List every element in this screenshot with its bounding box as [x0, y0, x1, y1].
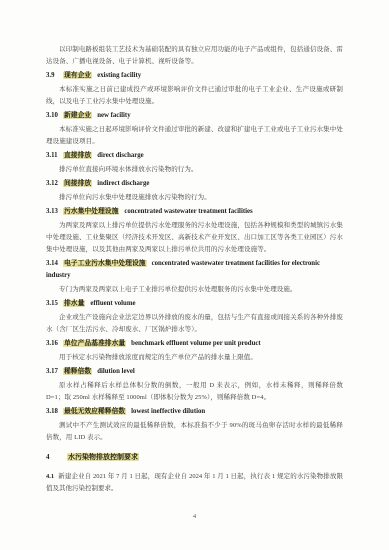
term-en: new facility — [97, 112, 130, 119]
page-content: 以印制电路板组装工艺技术为基础装配的具有独立应用功能的电子产品或组件，包括通信设… — [46, 44, 343, 495]
section-heading: 3.17稀释倍数dilution level — [46, 366, 343, 378]
definition-section: 3.13污水集中处理设施concentrated wastewater trea… — [46, 206, 343, 256]
term-zh-highlighted: 电子工业污水集中处理设施 — [63, 260, 147, 267]
section-number: 3.10 — [46, 110, 63, 122]
term-zh-highlighted: 最低无效应稀释倍数 — [63, 408, 126, 415]
intro-paragraph: 以印制电路板组装工艺技术为基础装配的具有独立应用功能的电子产品或组件，包括通信设… — [46, 44, 343, 68]
definition-section: 3.15排水量effluent volume 企业或生产设施向企业法定边界以外排… — [46, 298, 343, 336]
term-zh-highlighted: 新建企业 — [63, 112, 92, 119]
section-body: 测试中不产生测试效应的最低稀释倍数，本标准指不少于 90%的斑马鱼卵存活时水样的… — [46, 420, 343, 444]
clause-text: 新建企业自 2021 年 7 月 1 日起，现有企业自 2024 年 1 月 1… — [46, 473, 343, 492]
definition-section: 3.11直接排放direct discharge 排污单位直接向环境水体排放水污… — [46, 150, 343, 176]
clause-number: 4.1 — [46, 473, 54, 480]
section-heading: 3.13污水集中处理设施concentrated wastewater trea… — [46, 206, 343, 218]
chapter-heading: 4水污染物排放控制要求 — [46, 451, 343, 463]
term-zh-highlighted: 污水集中处理设施 — [63, 208, 119, 215]
definition-section: 3.14电子工业污水集中处理设施concentrated wastewater … — [46, 258, 343, 296]
section-heading: 3.9现有企业existing facility — [46, 70, 343, 82]
section-number: 3.12 — [46, 178, 63, 190]
term-en: lowest ineffective dilution — [131, 408, 205, 415]
term-zh-highlighted: 现有企业 — [63, 72, 92, 79]
term-en: benchmark effluent volume per unit produ… — [131, 340, 260, 347]
term-zh-highlighted: 排水量 — [63, 300, 85, 307]
section-number: 3.11 — [46, 150, 63, 162]
term-zh-highlighted: 单位产品基准排水量 — [63, 340, 126, 347]
term-en: dilution level — [97, 368, 135, 375]
section-number: 3.13 — [46, 206, 63, 218]
chapter-title-highlighted: 水污染物排放控制要求 — [67, 453, 139, 461]
section-number: 3.14 — [46, 258, 63, 270]
section-number: 3.17 — [46, 366, 63, 378]
term-en: effluent volume — [90, 300, 135, 307]
section-body: 排污单位向污水集中处理设施排放水污染物的行为。 — [46, 192, 343, 204]
section-body: 原水样占稀释后水样总体积分数的倒数，一般用 D 来表示，例如，水样未稀释，则稀释… — [46, 380, 343, 404]
section-heading: 3.10新建企业new facility — [46, 110, 343, 122]
term-zh-highlighted: 稀释倍数 — [63, 368, 92, 375]
section-heading: 3.16单位产品基准排水量benchmark effluent volume p… — [46, 338, 343, 350]
section-heading: 3.11直接排放direct discharge — [46, 150, 343, 162]
definition-section: 3.18最低无效应稀释倍数lowest ineffective dilution… — [46, 406, 343, 444]
definition-section: 3.10新建企业new facility 本标准实施之日起环境影响评价文件通过审… — [46, 110, 343, 148]
section-body: 排污单位直接向环境水体排放水污染物的行为。 — [46, 164, 343, 176]
section-heading: 3.14电子工业污水集中处理设施concentrated wastewater … — [46, 258, 343, 282]
section-heading: 3.18最低无效应稀释倍数lowest ineffective dilution — [46, 406, 343, 418]
definition-section: 3.9现有企业existing facility 本标准实施之日前已建成投产或环… — [46, 70, 343, 108]
section-body: 企业或生产设施向企业法定边界以外排放的废水的量，包括与生产有直接或间接关系的各种… — [46, 312, 343, 336]
section-body: 专门为两家及两家以上电子工业排污单位提供污水处理服务的污水集中处理设施。 — [46, 284, 343, 296]
section-heading: 3.15排水量effluent volume — [46, 298, 343, 310]
section-number: 3.18 — [46, 406, 63, 418]
section-number: 3.15 — [46, 298, 63, 310]
section-number: 3.16 — [46, 338, 63, 350]
definition-section: 3.17稀释倍数dilution level 原水样占稀释后水样总体积分数的倒数… — [46, 366, 343, 404]
term-zh-highlighted: 间接排放 — [63, 180, 92, 187]
term-en: existing facility — [97, 72, 141, 79]
chapter-number: 4 — [46, 451, 67, 463]
definition-section: 3.12间接排放indirect discharge 排污单位向污水集中处理设施… — [46, 178, 343, 204]
page-number: 4 — [0, 513, 389, 520]
term-zh-highlighted: 直接排放 — [63, 152, 92, 159]
term-en: concentrated wastewater treatment facili… — [124, 208, 252, 215]
section-number: 3.9 — [46, 70, 63, 82]
section-body: 为两家及两家以上排污单位提供污水处理服务的污水处理设施，包括各种规模和类型的城镇… — [46, 220, 343, 256]
clause-4-1: 4.1新建企业自 2021 年 7 月 1 日起，现有企业自 2024 年 1 … — [46, 471, 343, 495]
section-body: 本标准实施之日起环境影响评价文件通过审批的新建、改建和扩建电子工业或电子工业污水… — [46, 124, 343, 148]
scanned-document-page: 以印制电路板组装工艺技术为基础装配的具有独立应用功能的电子产品或组件，包括通信设… — [0, 0, 389, 550]
section-heading: 3.12间接排放indirect discharge — [46, 178, 343, 190]
section-body: 本标准实施之日前已建成投产或环境影响评价文件已通过审批的电子工业企业、生产设施或… — [46, 84, 343, 108]
section-body: 用于核定水污染物排放浓度而规定的生产单位产品的排水量上限值。 — [46, 352, 343, 364]
definition-section: 3.16单位产品基准排水量benchmark effluent volume p… — [46, 338, 343, 364]
term-en: direct discharge — [97, 152, 144, 159]
term-en: indirect discharge — [97, 180, 149, 187]
